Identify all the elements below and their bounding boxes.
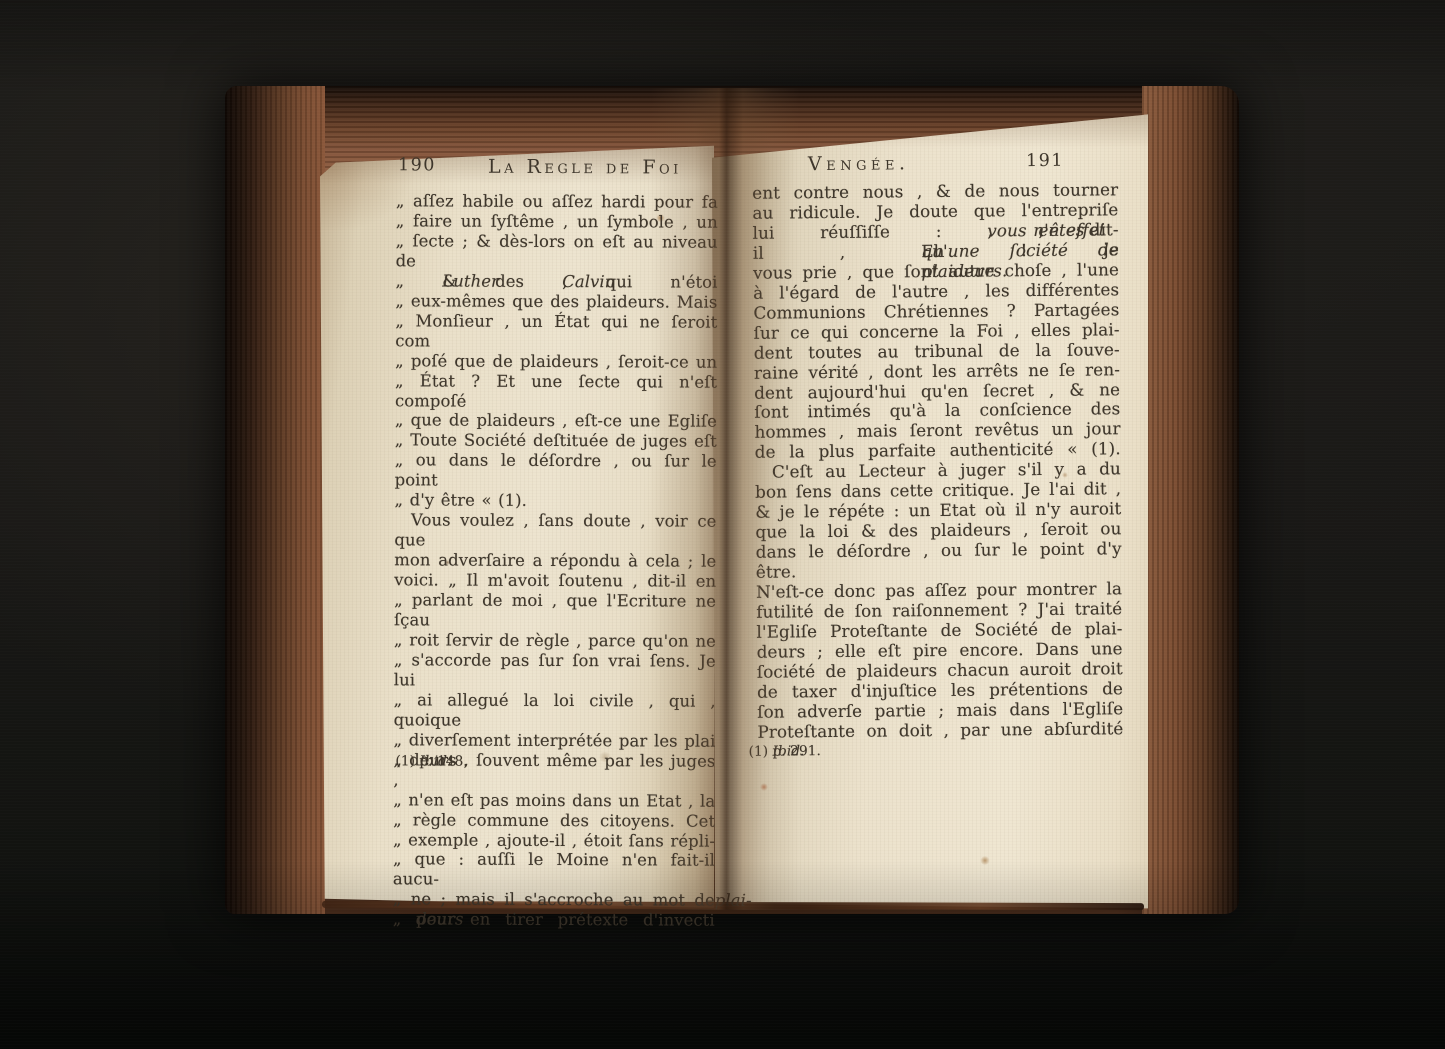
right-page-number: 191	[1026, 151, 1064, 171]
right-page-text: Vengée. 191 ent contre nous , & de nous …	[752, 150, 1118, 184]
left-footnote: (1) Ibid. p. 148.	[395, 753, 467, 769]
gutter-shadow	[650, 88, 800, 910]
page-block-right-edge	[1142, 86, 1239, 914]
page-block-left-edge	[225, 86, 325, 914]
right-running-title: Vengée.	[808, 152, 910, 175]
text-line: dans le déſordre , ou ſur le point d'y ê…	[756, 539, 1122, 582]
text-line: „ deurs pour en tirer prétexte d'invecti	[393, 910, 715, 931]
right-page-header: Vengée. 191	[752, 150, 1118, 184]
right-text-lines: ent contre nous , & de nous tournerau ri…	[752, 180, 1124, 762]
paper-stain	[980, 856, 990, 865]
left-page-number: 190	[398, 155, 436, 175]
book-photo: 190 La Regle de Foi „ aſſez habile ou aſ…	[0, 0, 1445, 1049]
